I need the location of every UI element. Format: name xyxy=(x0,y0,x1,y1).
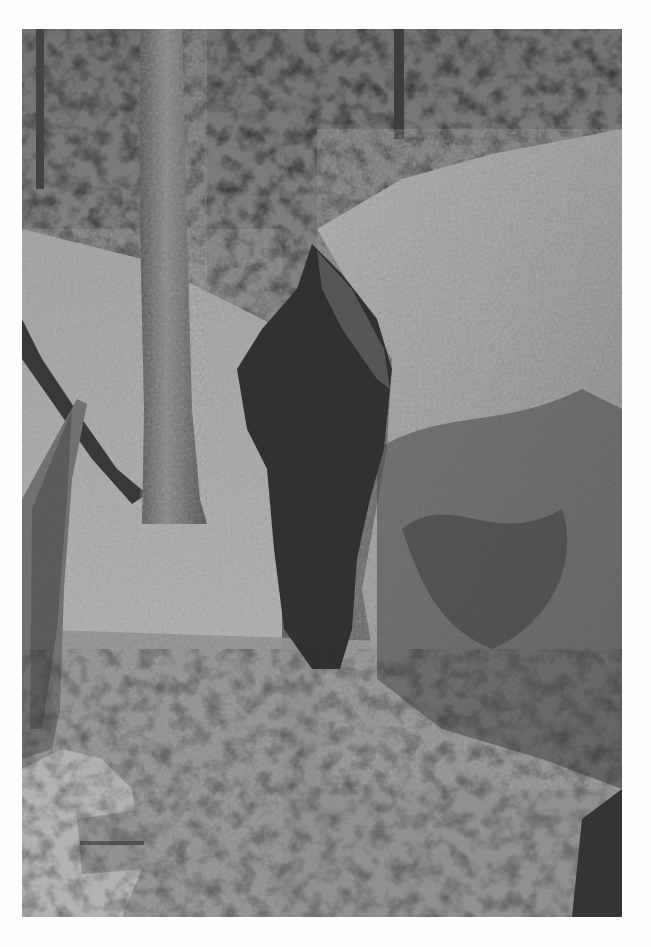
photograph xyxy=(22,29,622,917)
